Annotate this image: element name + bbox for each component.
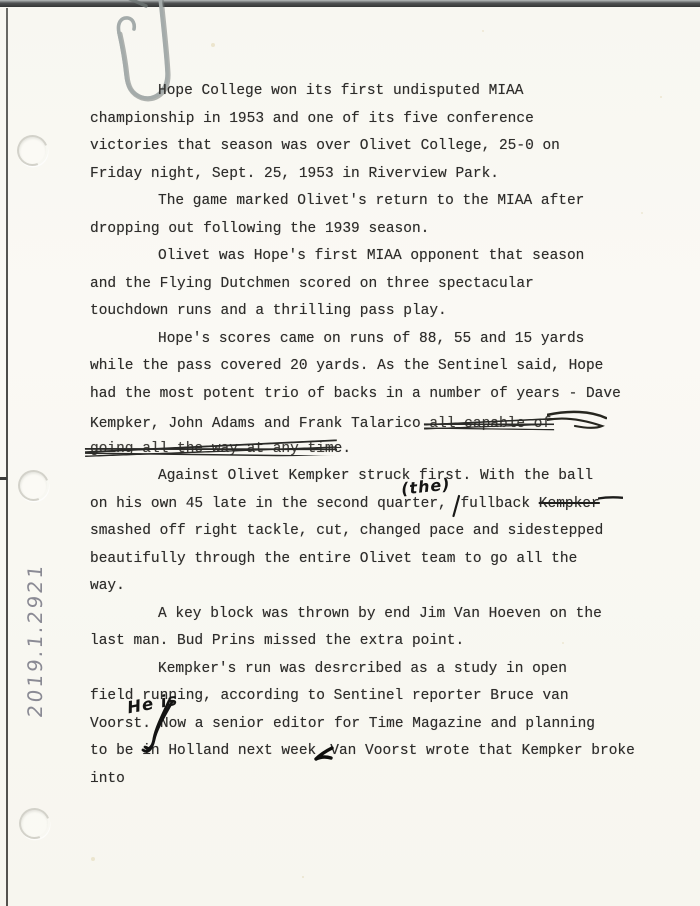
typed-segment: Hope's scores came on runs of 88, 55 and… — [158, 331, 584, 347]
typed-segment: while the pass covered 20 yards. As the … — [90, 358, 603, 374]
typed-segment: Friday night, Sept. 25, 1953 in Rivervie… — [90, 166, 499, 182]
typed-segment-scribble: all capable of — [429, 416, 551, 432]
typed-segment: smashed off right tackle, cut, changed p… — [90, 523, 603, 539]
typed-text: Hope College won its first undisputed MI… — [90, 78, 635, 793]
handwritten-caret-icon — [142, 700, 176, 758]
page-left-edge — [6, 8, 8, 906]
typed-segment: Kempker's run was desrcribed as a study … — [158, 661, 567, 677]
hole-punch — [14, 803, 55, 844]
typed-segment: to be in Holland next week — [90, 743, 316, 759]
typed-segment: Olivet was Hope's first MIAA opponent th… — [158, 248, 584, 264]
typed-segment: Kempker, John Adams and Frank Talarico — [90, 416, 429, 432]
typed-segment: had the most potent trio of backs in a n… — [90, 386, 621, 402]
typed-line: on his own 45 late in the second quarter… — [90, 491, 635, 519]
hole-punch — [12, 130, 53, 171]
typed-line: The game marked Olivet's return to the M… — [90, 188, 635, 216]
scanned-document-page: { "page": { "kind": "scanned typewritten… — [0, 0, 700, 906]
typed-line: Hope College won its first undisputed MI… — [90, 78, 635, 106]
typed-segment: Van Voorst wrote that Kempker broke — [330, 743, 635, 759]
typed-line: going all the way at any time. — [90, 436, 635, 464]
strike-dash-icon — [598, 493, 622, 503]
typed-line: last man. Bud Prins missed the extra poi… — [90, 628, 635, 656]
typed-line: into — [90, 766, 635, 794]
typed-segment: beautifully through the entire Olivet te… — [90, 551, 577, 567]
typed-line: and the Flying Dutchmen scored on three … — [90, 271, 635, 299]
typed-segment: way. — [90, 578, 125, 594]
typed-line: victories that season was over Olivet Co… — [90, 133, 635, 161]
typed-line: way. — [90, 573, 635, 601]
typed-line: championship in 1953 and one of its five… — [90, 106, 635, 134]
typed-segment-scribble: going all the way at any tim — [90, 441, 334, 457]
typed-line: while the pass covered 20 yards. As the … — [90, 353, 635, 381]
typed-line: Kempker, John Adams and Frank Talarico a… — [90, 408, 635, 436]
typed-segment: and the Flying Dutchmen scored on three … — [90, 276, 534, 292]
typed-segment-strike: Kempker — [539, 496, 600, 512]
typed-line: Friday night, Sept. 25, 1953 in Rivervie… — [90, 161, 635, 189]
typed-segment: A key block was thrown by end Jim Van Ho… — [158, 606, 602, 622]
edge-mark — [0, 477, 7, 480]
typed-segment: dropping out following the 1939 season. — [90, 221, 429, 237]
typed-line: beautifully through the entire Olivet te… — [90, 546, 635, 574]
typed-line: had the most potent trio of backs in a n… — [90, 381, 635, 409]
typed-segment: into — [90, 771, 125, 787]
typed-segment: Against Olivet Kempker struck first. Wit… — [158, 468, 593, 484]
typed-line: Olivet was Hope's first MIAA opponent th… — [90, 243, 635, 271]
typed-segment: championship in 1953 and one of its five… — [90, 111, 534, 127]
typed-segment: victories that season was over Olivet Co… — [90, 138, 560, 154]
typed-line: dropping out following the 1939 season. — [90, 216, 635, 244]
typed-line: Hope's scores came on runs of 88, 55 and… — [90, 326, 635, 354]
typed-line: Against Olivet Kempker struck first. Wit… — [90, 463, 635, 491]
typed-segment: Hope College won its first undisputed MI… — [158, 83, 523, 99]
typed-segment: on his own 45 late in the second quarter… — [90, 496, 455, 512]
typed-segment: touchdown runs and a thrilling pass play… — [90, 303, 447, 319]
typed-line: Kempker's run was desrcribed as a study … — [90, 656, 635, 684]
typed-line: smashed off right tackle, cut, changed p… — [90, 518, 635, 546]
typed-segment: fullback — [460, 496, 538, 512]
typed-line: touchdown runs and a thrilling pass play… — [90, 298, 635, 326]
paper-speckles — [0, 0, 2, 2]
typed-segment: Now a senior editor for Time Magazine an… — [160, 716, 595, 732]
accession-number: 2019.1.2921 — [23, 535, 61, 747]
typed-segment: The game marked Olivet's return to the M… — [158, 193, 584, 209]
scribble-tail-icon — [547, 408, 605, 432]
typed-line: A key block was thrown by end Jim Van Ho… — [90, 601, 635, 629]
hole-punch — [13, 465, 54, 506]
typed-segment: last man. Bud Prins missed the extra poi… — [90, 633, 464, 649]
